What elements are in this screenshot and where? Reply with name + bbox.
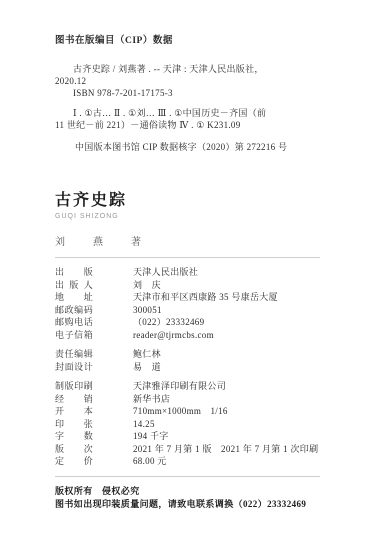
row-cover-design: 封面设计 易 道	[55, 361, 320, 374]
cip-line-title: 古齐史踪 / 刘燕著 . -- 天津 : 天津人民出版社，	[55, 63, 320, 75]
cip-line-classification-1: Ⅰ . ①古… Ⅱ . ①刘… Ⅲ . ①中国历史－齐国（前	[55, 107, 320, 119]
row-value: 鲍仁林	[133, 348, 320, 361]
row-label: 定价	[55, 455, 93, 468]
row-label: 印张	[55, 418, 93, 431]
row-value: 天津人民出版社	[133, 266, 320, 279]
editor-info-group: 责任编辑 鲍仁林 封面设计 易 道	[55, 348, 320, 373]
book-author: 刘 燕 著	[55, 233, 320, 248]
printing-info-group: 制版印刷 天津雅泽印刷有限公司 经销 新华书店 开本 710mm×1000mm …	[55, 380, 320, 468]
publisher-info-group: 出版 天津人民出版社 出版人 刘 庆 地址 天津市和平区西康路 35 号康岳大厦…	[55, 266, 320, 341]
row-mail-order-phone: 邮购电话 （022）23332469	[55, 316, 320, 329]
book-title-pinyin: GUQI SHIZONG	[55, 213, 320, 220]
row-publisher-person: 出版人 刘 庆	[55, 279, 320, 292]
row-price: 定价 68.00 元	[55, 455, 320, 468]
row-label: 封面设计	[55, 361, 93, 374]
row-distributor: 经销 新华书店	[55, 393, 320, 406]
row-label: 经销	[55, 393, 93, 406]
row-label: 出版人	[55, 279, 93, 292]
row-value: 新华书店	[133, 393, 320, 406]
divider-top	[55, 257, 320, 258]
cip-line-classification-2: 11 世纪－前 221）－通俗读物 Ⅳ . ① K231.09	[55, 119, 320, 131]
row-label: 字数	[55, 430, 93, 443]
cip-header: 图书在版编目（CIP）数据	[55, 32, 320, 46]
copyright-page: 图书在版编目（CIP）数据 古齐史踪 / 刘燕著 . -- 天津 : 天津人民出…	[0, 0, 375, 536]
row-email: 电子信箱 reader@tjrmcbs.com	[55, 329, 320, 342]
quality-notice-line: 图书如出现印装质量问题，请致电联系调换（022）23332469	[55, 498, 320, 511]
row-label: 邮政编码	[55, 304, 93, 317]
row-label: 制版印刷	[55, 380, 93, 393]
cip-record-number: 中国版本图书馆 CIP 数据核字（2020）第 272216 号	[55, 141, 320, 153]
cip-line-isbn: ISBN 978-7-201-17175-3	[55, 87, 320, 99]
row-label: 版次	[55, 443, 93, 456]
row-value: 194 千字	[133, 430, 320, 443]
row-value: 710mm×1000mm 1/16	[133, 405, 320, 418]
row-value: 刘 庆	[133, 279, 320, 292]
row-postal-code: 邮政编码 300051	[55, 304, 320, 317]
cip-line-date: 2020.12	[55, 75, 320, 87]
row-publisher: 出版 天津人民出版社	[55, 266, 320, 279]
cip-block: 图书在版编目（CIP）数据 古齐史踪 / 刘燕著 . -- 天津 : 天津人民出…	[55, 32, 320, 153]
row-value: 天津雅泽印刷有限公司	[133, 380, 320, 393]
row-value: reader@tjrmcbs.com	[133, 329, 320, 342]
divider-bottom	[55, 476, 320, 477]
row-label: 责任编辑	[55, 348, 93, 361]
row-value: 14.25	[133, 418, 320, 431]
row-value: 易 道	[133, 361, 320, 374]
row-format: 开本 710mm×1000mm 1/16	[55, 405, 320, 418]
row-value: 300051	[133, 304, 320, 317]
copyright-line: 版权所有 侵权必究	[55, 485, 320, 498]
row-label: 出版	[55, 266, 93, 279]
row-value: 68.00 元	[133, 455, 320, 468]
row-value: （022）23332469	[133, 316, 320, 329]
row-label: 电子信箱	[55, 329, 93, 342]
row-label: 开本	[55, 405, 93, 418]
row-word-count: 字数 194 千字	[55, 430, 320, 443]
copyright-notice: 版权所有 侵权必究 图书如出现印装质量问题，请致电联系调换（022）233324…	[55, 485, 320, 511]
row-value: 天津市和平区西康路 35 号康岳大厦	[133, 291, 320, 304]
row-value: 2021 年 7 月第 1 版 2021 年 7 月第 1 次印刷	[133, 443, 320, 456]
row-edition: 版次 2021 年 7 月第 1 版 2021 年 7 月第 1 次印刷	[55, 443, 320, 456]
row-sheets: 印张 14.25	[55, 418, 320, 431]
row-printer: 制版印刷 天津雅泽印刷有限公司	[55, 380, 320, 393]
row-address: 地址 天津市和平区西康路 35 号康岳大厦	[55, 291, 320, 304]
row-label: 邮购电话	[55, 316, 93, 329]
row-editor: 责任编辑 鲍仁林	[55, 348, 320, 361]
book-title: 古齐史踪	[55, 187, 320, 210]
row-label: 地址	[55, 291, 93, 304]
title-block: 古齐史踪 GUQI SHIZONG 刘 燕 著	[55, 187, 320, 248]
